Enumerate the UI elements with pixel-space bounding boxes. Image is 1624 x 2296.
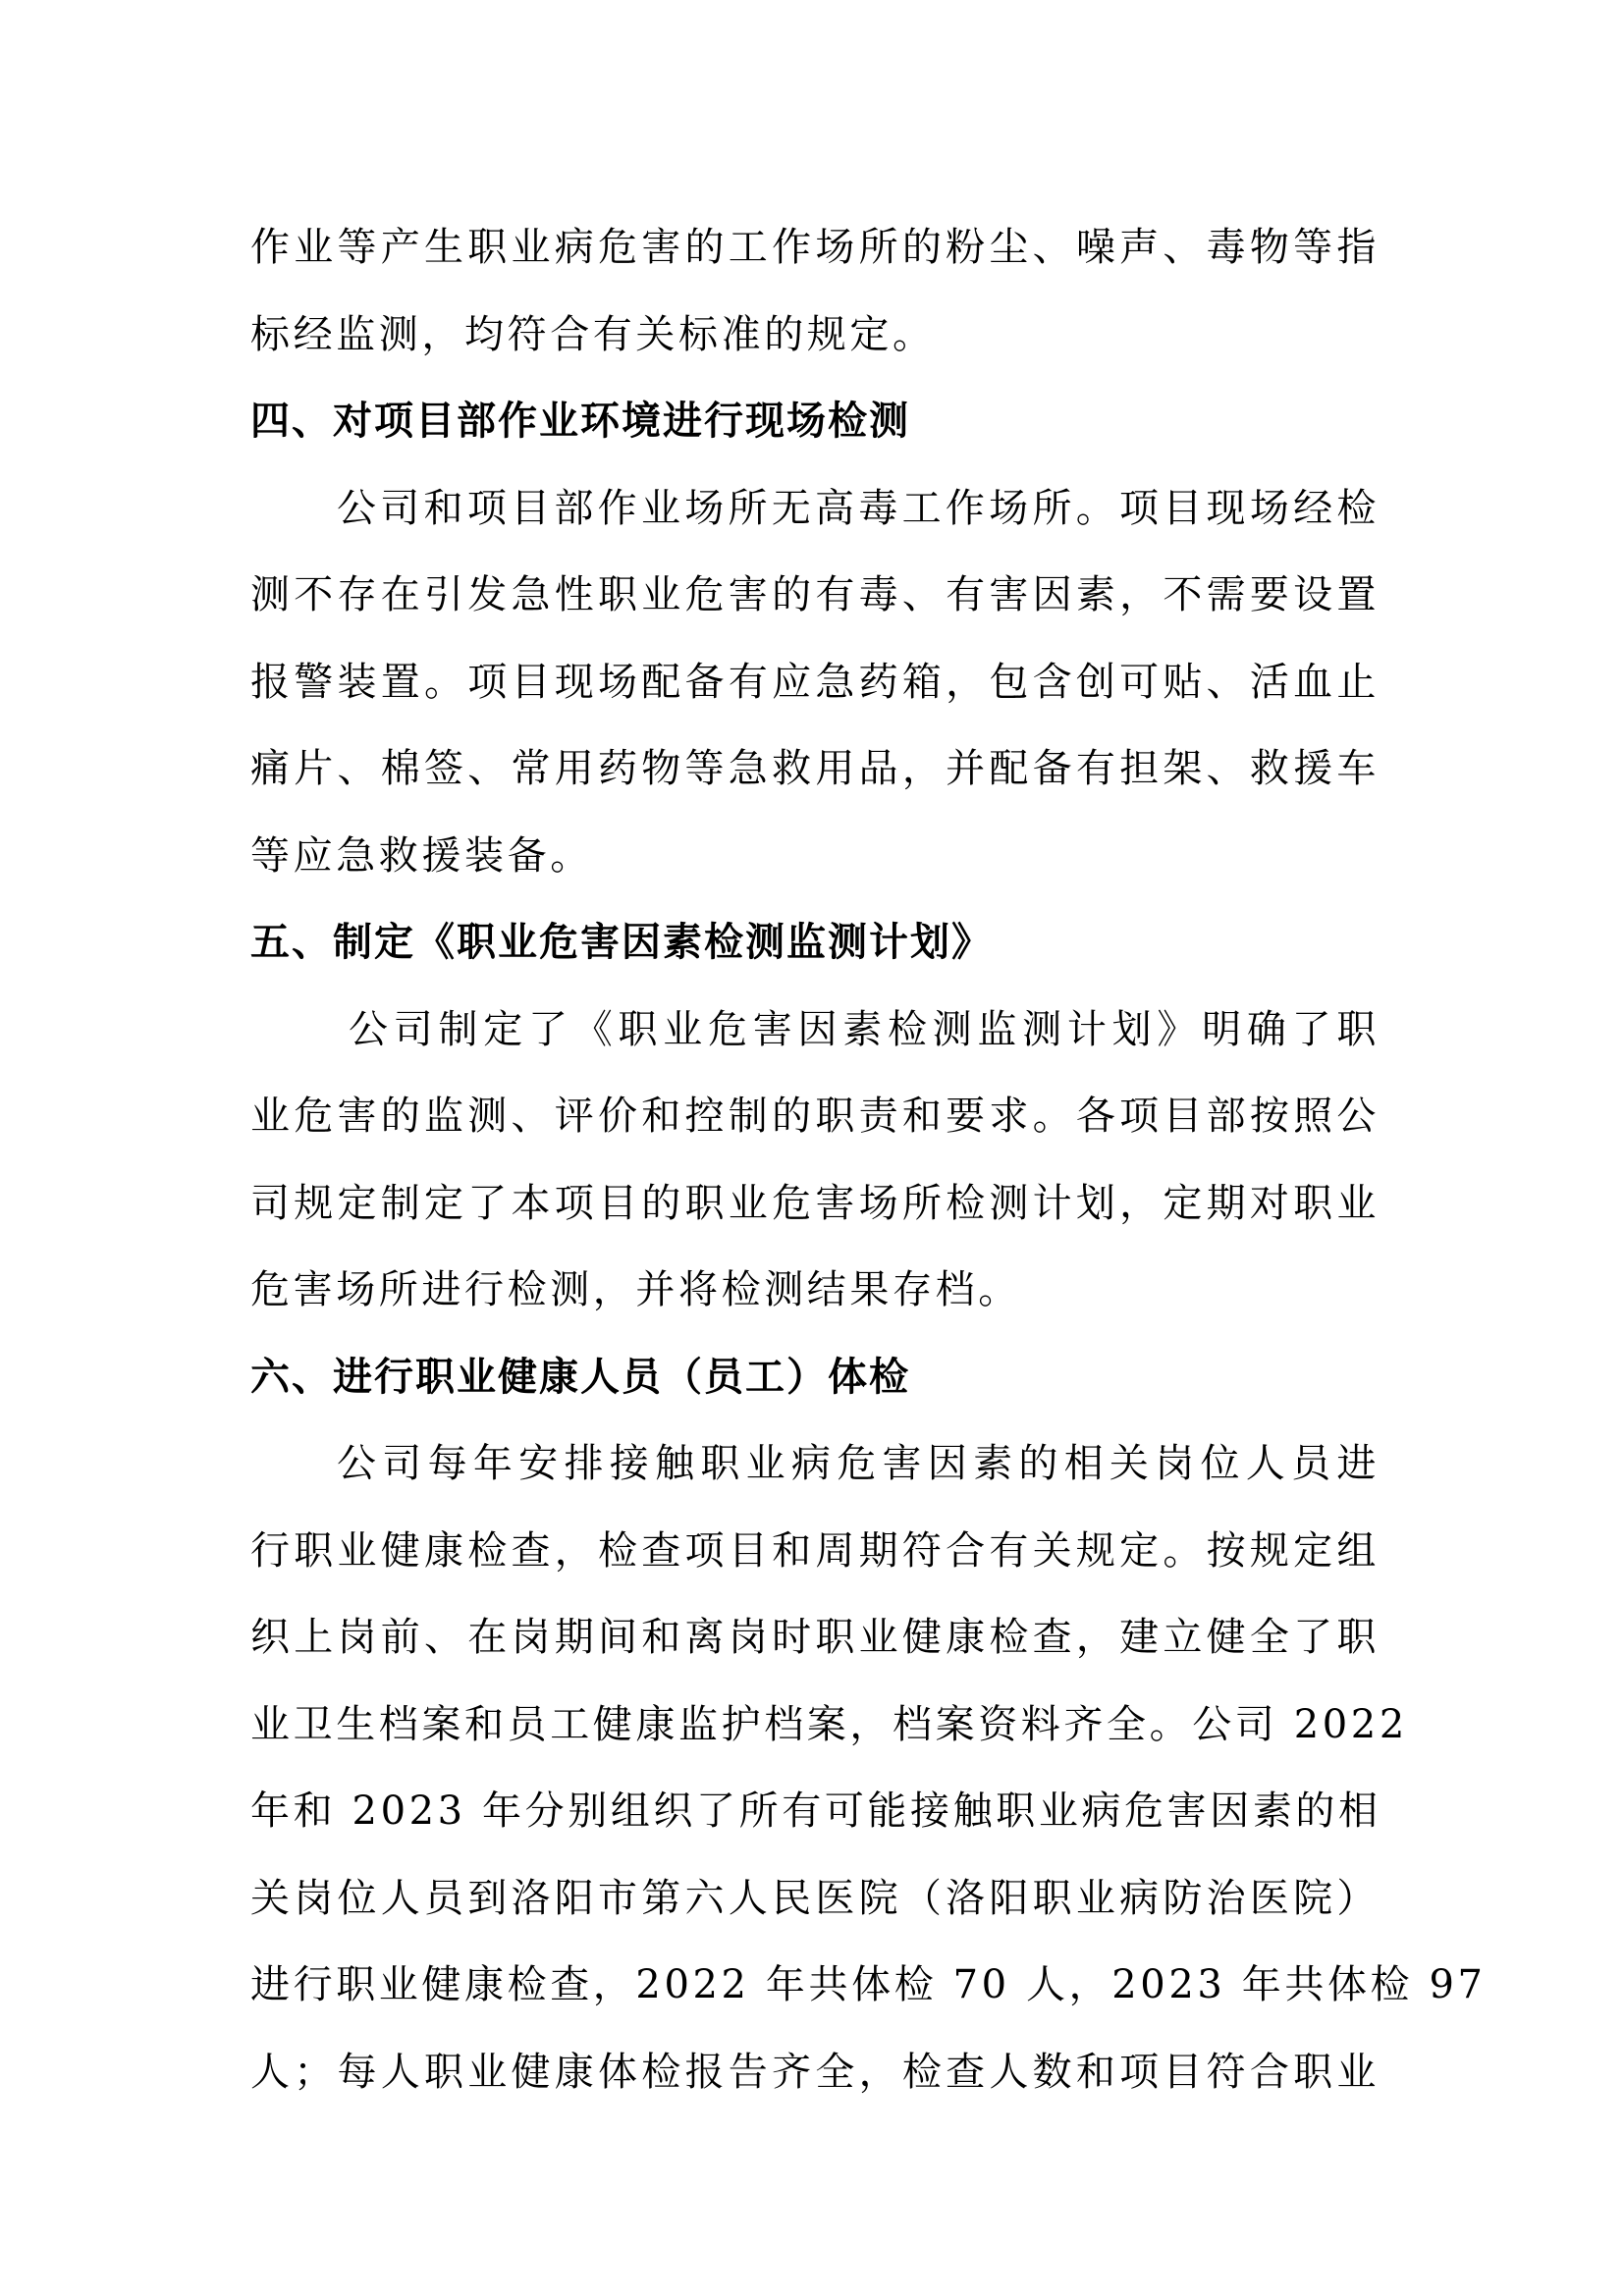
text-line: 作业等产生职业病危害的工作场所的粉尘、噪声、毒物等指 — [250, 204, 1380, 292]
text-line: 年和 2023 年分别组织了所有可能接触职业病危害因素的相 — [250, 1768, 1380, 1855]
text-line: 公司和项目部作业场所无高毒工作场所。项目现场经检 — [250, 465, 1380, 553]
text-line: 进行职业健康检查，2022 年共体检 70 人，2023 年共体检 97 — [250, 1942, 1380, 2029]
section-heading: 五、制定《职业危害因素检测监测计划》 — [250, 899, 1380, 987]
section-5: 五、制定《职业危害因素检测监测计划》 公司制定了《职业危害因素检测监测计划》明确… — [250, 899, 1380, 1334]
section-paragraph: 公司制定了《职业危害因素检测监测计划》明确了职 业危害的监测、评价和控制的职责和… — [250, 987, 1380, 1334]
paragraph-continuation: 作业等产生职业病危害的工作场所的粉尘、噪声、毒物等指 标经监测，均符合有关标准的… — [250, 204, 1380, 378]
text-line: 业危害的监测、评价和控制的职责和要求。各项目部按照公 — [250, 1073, 1380, 1160]
text-line: 危害场所进行检测，并将检测结果存档。 — [250, 1247, 1380, 1334]
text-line: 标经监测，均符合有关标准的规定。 — [250, 292, 1380, 379]
text-line: 行职业健康检查，检查项目和周期符合有关规定。按规定组 — [250, 1508, 1380, 1595]
document-page: 作业等产生职业病危害的工作场所的粉尘、噪声、毒物等指 标经监测，均符合有关标准的… — [250, 204, 1380, 2115]
text-line: 业卫生档案和员工健康监护档案，档案资料齐全。公司 2022 — [250, 1682, 1380, 1769]
text-line: 测不存在引发急性职业危害的有毒、有害因素，不需要设置 — [250, 552, 1380, 639]
text-line: 公司每年安排接触职业病危害因素的相关岗位人员进 — [250, 1420, 1380, 1508]
text-line: 关岗位人员到洛阳市第六人民医院（洛阳职业病防治医院） — [250, 1855, 1380, 1943]
text-line: 司规定制定了本项目的职业危害场所检测计划，定期对职业 — [250, 1160, 1380, 1248]
text-line: 等应急救援装备。 — [250, 813, 1380, 900]
text-line: 织上岗前、在岗期间和离岗时职业健康检查，建立健全了职 — [250, 1594, 1380, 1682]
section-paragraph: 公司每年安排接触职业病危害因素的相关岗位人员进 行职业健康检查，检查项目和周期符… — [250, 1420, 1380, 2115]
section-paragraph: 公司和项目部作业场所无高毒工作场所。项目现场经检 测不存在引发急性职业危害的有毒… — [250, 465, 1380, 900]
text-line: 人；每人职业健康体检报告齐全，检查人数和项目符合职业 — [250, 2029, 1380, 2116]
text-line: 公司制定了《职业危害因素检测监测计划》明确了职 — [250, 987, 1380, 1074]
section-heading: 六、进行职业健康人员（员工）体检 — [250, 1334, 1380, 1421]
text-line: 报警装置。项目现场配备有应急药箱，包含创可贴、活血止 — [250, 639, 1380, 726]
section-4: 四、对项目部作业环境进行现场检测 公司和项目部作业场所无高毒工作场所。项目现场经… — [250, 378, 1380, 899]
text-line: 痛片、棉签、常用药物等急救用品，并配备有担架、救援车 — [250, 725, 1380, 813]
section-heading: 四、对项目部作业环境进行现场检测 — [250, 378, 1380, 465]
section-6: 六、进行职业健康人员（员工）体检 公司每年安排接触职业病危害因素的相关岗位人员进… — [250, 1334, 1380, 2116]
